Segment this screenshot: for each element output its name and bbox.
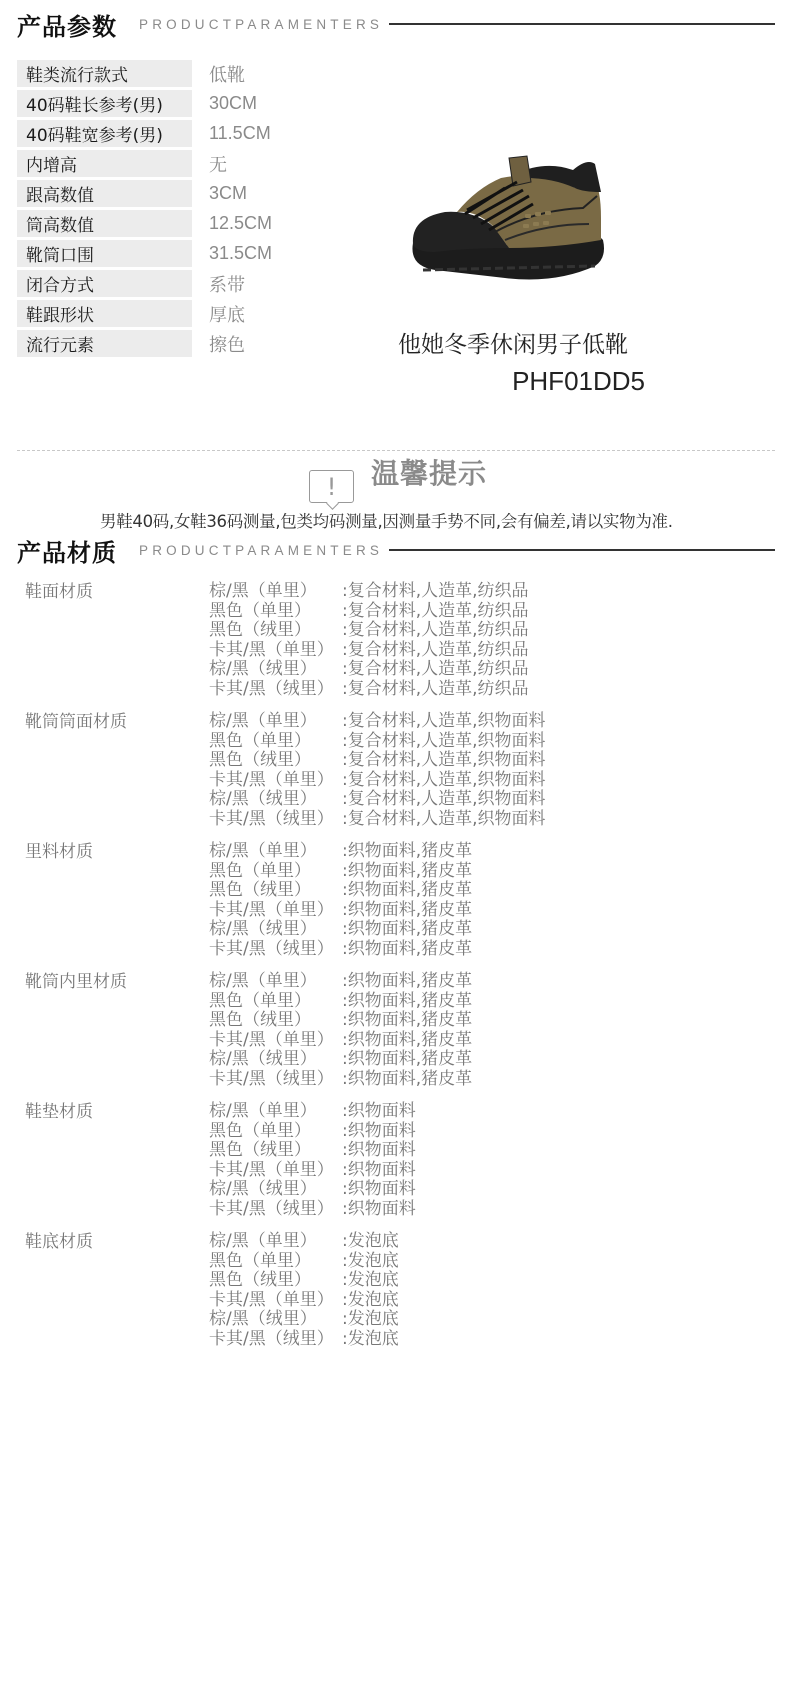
material-variant: 棕/黑（单里） — [209, 1232, 342, 1252]
material-value: :复合材料,人造革,织物面料 — [342, 732, 546, 752]
tip-text: 男鞋40码,女鞋36码测量,包类均码测量,因测量手势不同,会有偏差,请以实物为准… — [100, 508, 750, 532]
material-variant: 黑色（单里） — [209, 732, 342, 752]
material-group: 鞋垫材质棕/黑（单里）:织物面料黑色（单里）:织物面料黑色（绒里）:织物面料卡其… — [25, 1102, 725, 1232]
material-line: 棕/黑（绒里）:织物面料,猪皮革 — [209, 1050, 725, 1070]
material-variant: 黑色（单里） — [209, 1252, 342, 1272]
material-value: :发泡底 — [342, 1330, 399, 1350]
param-value: 低靴 — [209, 61, 245, 87]
material-line: 卡其/黑（绒里）:织物面料 — [209, 1200, 725, 1220]
material-value: :织物面料,猪皮革 — [342, 1070, 472, 1090]
material-lines: 棕/黑（单里）:发泡底黑色（单里）:发泡底黑色（绒里）:发泡底卡其/黑（单里）:… — [209, 1232, 725, 1362]
material-value: :复合材料,人造革,织物面料 — [342, 771, 546, 791]
material-value: :织物面料,猪皮革 — [342, 972, 472, 992]
tip-title: 温馨提示 — [371, 452, 487, 492]
material-value: :织物面料,猪皮革 — [342, 1050, 472, 1070]
material-variant: 卡其/黑（单里） — [209, 1291, 342, 1311]
params-table: 鞋类流行款式低靴40码鞋长参考(男)30CM40码鞋宽参考(男)11.5CM内增… — [17, 60, 387, 360]
material-variant: 黑色（绒里） — [209, 1011, 342, 1031]
material-variant: 卡其/黑（绒里） — [209, 1200, 342, 1220]
material-value: :织物面料,猪皮革 — [342, 881, 472, 901]
material-line: 卡其/黑（绒里）:织物面料,猪皮革 — [209, 1070, 725, 1090]
material-line: 黑色（绒里）:发泡底 — [209, 1271, 725, 1291]
material-value: :发泡底 — [342, 1252, 399, 1272]
material-variant: 黑色（绒里） — [209, 621, 342, 641]
product-code: PHF01DD5 — [500, 366, 645, 397]
section-title: 产品参数 — [17, 7, 117, 42]
material-line: 棕/黑（单里）:织物面料,猪皮革 — [209, 972, 725, 992]
material-line: 卡其/黑（单里）:织物面料 — [209, 1161, 725, 1181]
material-variant: 棕/黑（单里） — [209, 712, 342, 732]
material-variant: 卡其/黑（绒里） — [209, 940, 342, 960]
param-row: 40码鞋长参考(男)30CM — [17, 90, 387, 117]
param-row: 鞋类流行款式低靴 — [17, 60, 387, 87]
dashed-divider — [17, 450, 775, 451]
material-label: 靴筒筒面材质 — [25, 712, 209, 842]
material-lines: 棕/黑（单里）:复合材料,人造革,纺织品黑色（单里）:复合材料,人造革,纺织品黑… — [209, 582, 725, 712]
material-line: 棕/黑（单里）:复合材料,人造革,纺织品 — [209, 582, 725, 602]
material-value: :复合材料,人造革,纺织品 — [342, 680, 529, 700]
param-label: 40码鞋长参考(男) — [17, 90, 192, 117]
material-variant: 卡其/黑（绒里） — [209, 1330, 342, 1350]
material-line: 黑色（单里）:织物面料 — [209, 1122, 725, 1142]
param-value: 31.5CM — [209, 243, 272, 264]
param-value: 系带 — [209, 271, 245, 297]
material-value: :发泡底 — [342, 1232, 399, 1252]
material-label: 里料材质 — [25, 842, 209, 972]
material-value: :复合材料,人造革,纺织品 — [342, 641, 529, 661]
material-variant: 棕/黑（单里） — [209, 972, 342, 992]
material-value: :复合材料,人造革,织物面料 — [342, 712, 546, 732]
param-row: 靴筒口围31.5CM — [17, 240, 387, 267]
material-value: :复合材料,人造革,纺织品 — [342, 660, 529, 680]
material-variant: 黑色（绒里） — [209, 751, 342, 771]
material-line: 棕/黑（绒里）:复合材料,人造革,纺织品 — [209, 660, 725, 680]
param-value: 擦色 — [209, 331, 245, 357]
material-variant: 棕/黑（绒里） — [209, 1310, 342, 1330]
material-value: :织物面料 — [342, 1200, 416, 1220]
material-line: 棕/黑（绒里）:复合材料,人造革,织物面料 — [209, 790, 725, 810]
param-value: 厚底 — [209, 301, 245, 327]
material-value: :发泡底 — [342, 1271, 399, 1291]
material-line: 黑色（单里）:复合材料,人造革,纺织品 — [209, 602, 725, 622]
material-line: 棕/黑（单里）:织物面料,猪皮革 — [209, 842, 725, 862]
material-variant: 黑色（单里） — [209, 992, 342, 1012]
material-label: 鞋底材质 — [25, 1232, 209, 1362]
param-label: 闭合方式 — [17, 270, 192, 297]
param-value: 11.5CM — [209, 123, 271, 144]
material-value: :发泡底 — [342, 1291, 399, 1311]
material-line: 卡其/黑（单里）:复合材料,人造革,织物面料 — [209, 771, 725, 791]
material-line: 棕/黑（绒里）:织物面料,猪皮革 — [209, 920, 725, 940]
material-line: 黑色（单里）:复合材料,人造革,织物面料 — [209, 732, 725, 752]
param-value: 3CM — [209, 183, 247, 204]
section-subtitle: PRODUCTPARAMENTERS — [139, 17, 383, 32]
material-lines: 棕/黑（单里）:织物面料,猪皮革黑色（单里）:织物面料,猪皮革黑色（绒里）:织物… — [209, 972, 725, 1102]
material-lines: 棕/黑（单里）:织物面料,猪皮革黑色（单里）:织物面料,猪皮革黑色（绒里）:织物… — [209, 842, 725, 972]
material-variant: 黑色（单里） — [209, 602, 342, 622]
material-line: 黑色（绒里）:织物面料 — [209, 1141, 725, 1161]
material-line: 卡其/黑（单里）:织物面料,猪皮革 — [209, 1031, 725, 1051]
material-group: 靴筒内里材质棕/黑（单里）:织物面料,猪皮革黑色（单里）:织物面料,猪皮革黑色（… — [25, 972, 725, 1102]
param-label: 内增高 — [17, 150, 192, 177]
material-variant: 黑色（绒里） — [209, 1141, 342, 1161]
material-label: 鞋垫材质 — [25, 1102, 209, 1232]
material-variant: 棕/黑（绒里） — [209, 790, 342, 810]
param-label: 鞋类流行款式 — [17, 60, 192, 87]
material-variant: 卡其/黑（绒里） — [209, 680, 342, 700]
material-line: 黑色（绒里）:复合材料,人造革,织物面料 — [209, 751, 725, 771]
param-row: 40码鞋宽参考(男)11.5CM — [17, 120, 387, 147]
material-line: 黑色（绒里）:织物面料,猪皮革 — [209, 1011, 725, 1031]
material-group: 鞋面材质棕/黑（单里）:复合材料,人造革,纺织品黑色（单里）:复合材料,人造革,… — [25, 582, 725, 712]
material-value: :织物面料 — [342, 1161, 416, 1181]
material-lines: 棕/黑（单里）:复合材料,人造革,织物面料黑色（单里）:复合材料,人造革,织物面… — [209, 712, 725, 842]
material-variant: 黑色（绒里） — [209, 881, 342, 901]
material-value: :织物面料 — [342, 1102, 416, 1122]
material-value: :织物面料 — [342, 1141, 416, 1161]
material-value: :织物面料,猪皮革 — [342, 920, 472, 940]
divider-line — [389, 549, 775, 551]
param-row: 内增高无 — [17, 150, 387, 177]
material-value: :织物面料,猪皮革 — [342, 901, 472, 921]
section-subtitle: PRODUCTPARAMENTERS — [139, 543, 383, 558]
material-value: :复合材料,人造革,纺织品 — [342, 621, 529, 641]
material-line: 卡其/黑（绒里）:复合材料,人造革,织物面料 — [209, 810, 725, 830]
param-row: 鞋跟形状厚底 — [17, 300, 387, 327]
material-value: :织物面料,猪皮革 — [342, 1031, 472, 1051]
param-label: 靴筒口围 — [17, 240, 192, 267]
material-line: 棕/黑（单里）:复合材料,人造革,织物面料 — [209, 712, 725, 732]
shoe-product-image — [405, 148, 610, 288]
param-value: 30CM — [209, 93, 257, 114]
material-line: 黑色（绒里）:复合材料,人造革,纺织品 — [209, 621, 725, 641]
param-value: 无 — [209, 151, 227, 177]
material-variant: 卡其/黑（绒里） — [209, 1070, 342, 1090]
material-line: 卡其/黑（单里）:复合材料,人造革,纺织品 — [209, 641, 725, 661]
material-value: :织物面料,猪皮革 — [342, 1011, 472, 1031]
material-variant: 卡其/黑（单里） — [209, 901, 342, 921]
exclamation-bubble-icon: ! — [309, 470, 354, 503]
material-line: 黑色（单里）:织物面料,猪皮革 — [209, 992, 725, 1012]
material-label: 鞋面材质 — [25, 582, 209, 712]
material-value: :复合材料,人造革,纺织品 — [342, 602, 529, 622]
material-line: 黑色（单里）:织物面料,猪皮革 — [209, 862, 725, 882]
param-row: 筒高数值12.5CM — [17, 210, 387, 237]
product-name: 他她冬季休闲男子低靴 — [398, 326, 643, 359]
material-variant: 棕/黑（绒里） — [209, 1050, 342, 1070]
material-variant: 卡其/黑（单里） — [209, 1161, 342, 1181]
material-variant: 棕/黑（单里） — [209, 1102, 342, 1122]
param-label: 筒高数值 — [17, 210, 192, 237]
materials-table: 鞋面材质棕/黑（单里）:复合材料,人造革,纺织品黑色（单里）:复合材料,人造革,… — [25, 582, 725, 1362]
material-lines: 棕/黑（单里）:织物面料黑色（单里）:织物面料黑色（绒里）:织物面料卡其/黑（单… — [209, 1102, 725, 1232]
param-label: 40码鞋宽参考(男) — [17, 120, 192, 147]
material-value: :织物面料,猪皮革 — [342, 940, 472, 960]
material-variant: 棕/黑（单里） — [209, 582, 342, 602]
material-label: 靴筒内里材质 — [25, 972, 209, 1102]
material-line: 黑色（绒里）:织物面料,猪皮革 — [209, 881, 725, 901]
material-variant: 黑色（单里） — [209, 1122, 342, 1142]
material-variant: 棕/黑（绒里） — [209, 660, 342, 680]
param-row: 闭合方式系带 — [17, 270, 387, 297]
param-label: 流行元素 — [17, 330, 192, 357]
material-value: :复合材料,人造革,织物面料 — [342, 751, 546, 771]
material-value: :复合材料,人造革,纺织品 — [342, 582, 529, 602]
divider-line — [389, 23, 775, 25]
material-value: :复合材料,人造革,织物面料 — [342, 810, 546, 830]
material-group: 靴筒筒面材质棕/黑（单里）:复合材料,人造革,织物面料黑色（单里）:复合材料,人… — [25, 712, 725, 842]
material-variant: 卡其/黑（单里） — [209, 771, 342, 791]
material-line: 棕/黑（单里）:发泡底 — [209, 1232, 725, 1252]
material-value: :织物面料,猪皮革 — [342, 842, 472, 862]
param-label: 鞋跟形状 — [17, 300, 192, 327]
param-label: 跟高数值 — [17, 180, 192, 207]
section-header-materials: 产品材质 PRODUCTPARAMENTERS — [17, 532, 775, 568]
material-value: :织物面料 — [342, 1122, 416, 1142]
material-line: 卡其/黑（绒里）:织物面料,猪皮革 — [209, 940, 725, 960]
material-variant: 棕/黑（绒里） — [209, 1180, 342, 1200]
material-value: :织物面料,猪皮革 — [342, 992, 472, 1012]
param-row: 跟高数值3CM — [17, 180, 387, 207]
material-line: 黑色（单里）:发泡底 — [209, 1252, 725, 1272]
material-variant: 卡其/黑（单里） — [209, 641, 342, 661]
material-variant: 卡其/黑（绒里） — [209, 810, 342, 830]
material-line: 卡其/黑（绒里）:发泡底 — [209, 1330, 725, 1350]
material-value: :发泡底 — [342, 1310, 399, 1330]
material-group: 里料材质棕/黑（单里）:织物面料,猪皮革黑色（单里）:织物面料,猪皮革黑色（绒里… — [25, 842, 725, 972]
material-line: 棕/黑（绒里）:织物面料 — [209, 1180, 725, 1200]
material-variant: 卡其/黑（单里） — [209, 1031, 342, 1051]
section-title: 产品材质 — [17, 533, 117, 568]
param-row: 流行元素擦色 — [17, 330, 387, 357]
material-group: 鞋底材质棕/黑（单里）:发泡底黑色（单里）:发泡底黑色（绒里）:发泡底卡其/黑（… — [25, 1232, 725, 1362]
material-variant: 黑色（绒里） — [209, 1271, 342, 1291]
material-variant: 黑色（单里） — [209, 862, 342, 882]
material-line: 卡其/黑（单里）:发泡底 — [209, 1291, 725, 1311]
material-value: :复合材料,人造革,织物面料 — [342, 790, 546, 810]
material-value: :织物面料 — [342, 1180, 416, 1200]
material-line: 棕/黑（绒里）:发泡底 — [209, 1310, 725, 1330]
material-variant: 棕/黑（绒里） — [209, 920, 342, 940]
material-value: :织物面料,猪皮革 — [342, 862, 472, 882]
material-variant: 棕/黑（单里） — [209, 842, 342, 862]
section-header-params: 产品参数 PRODUCTPARAMENTERS — [17, 6, 775, 42]
material-line: 卡其/黑（绒里）:复合材料,人造革,纺织品 — [209, 680, 725, 700]
param-value: 12.5CM — [209, 213, 272, 234]
material-line: 棕/黑（单里）:织物面料 — [209, 1102, 725, 1122]
material-line: 卡其/黑（单里）:织物面料,猪皮革 — [209, 901, 725, 921]
exclamation-glyph: ! — [310, 473, 353, 501]
